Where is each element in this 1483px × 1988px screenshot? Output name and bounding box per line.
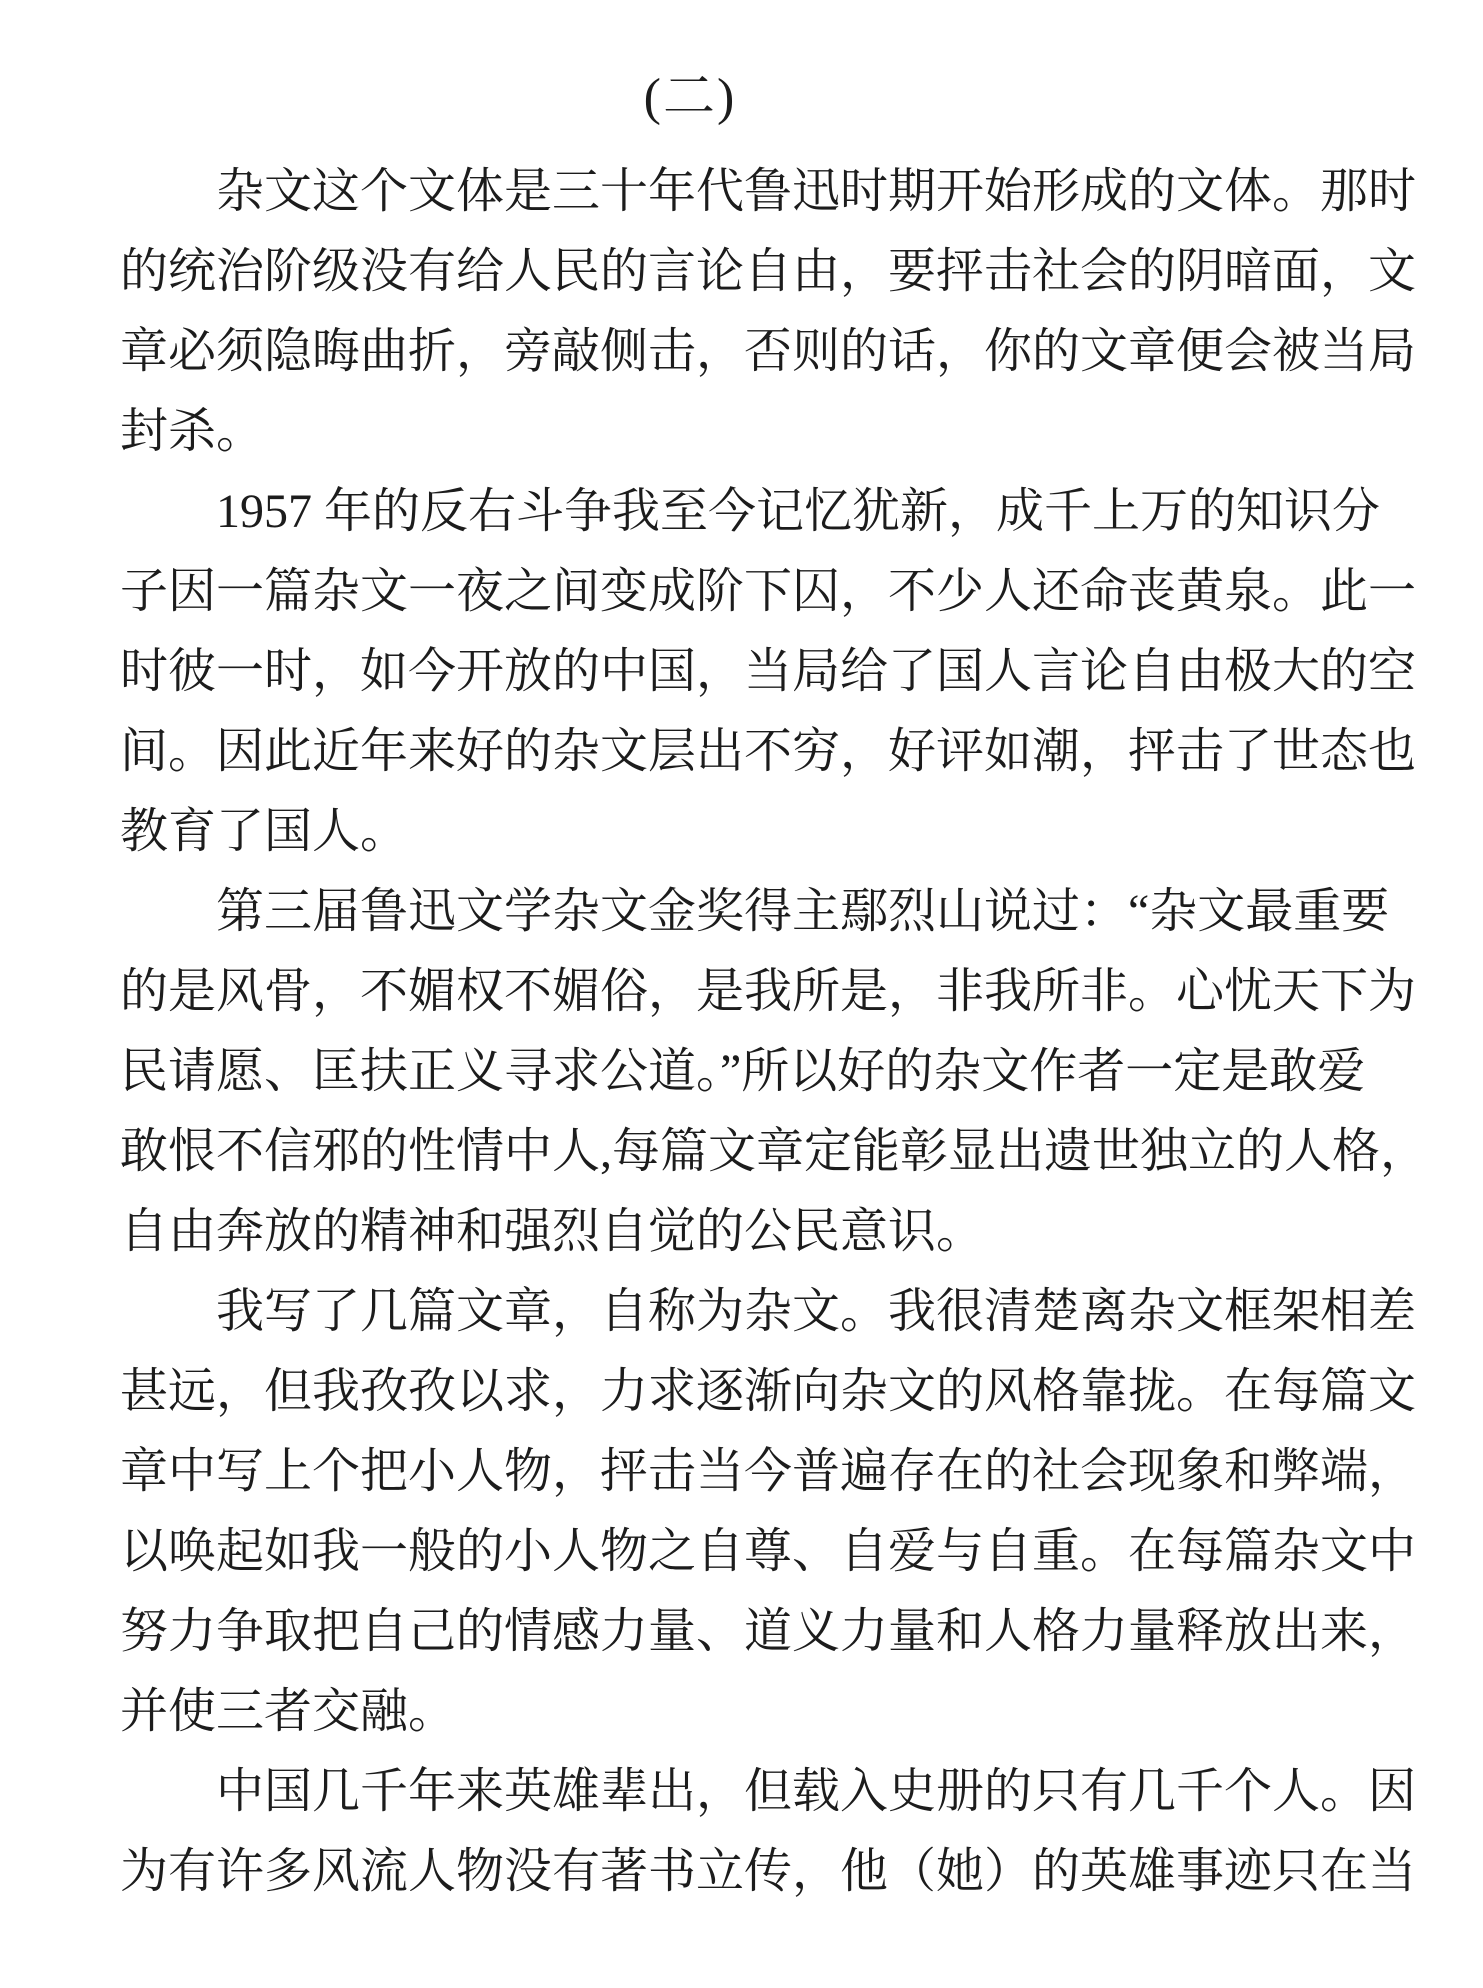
text-line: 间。因此近年来好的杂文层出不穷，好评如潮，抨击了世态也 <box>120 712 1260 792</box>
text-line: 章必须隐晦曲折，旁敲侧击，否则的话，你的文章便会被当局 <box>120 312 1260 392</box>
text-line: 我写了几篇文章，自称为杂文。我很清楚离杂文框架相差 <box>120 1272 1260 1352</box>
text-line: 杂文这个文体是三十年代鲁迅时期开始形成的文体。那时 <box>120 152 1260 232</box>
document-body: 杂文这个文体是三十年代鲁迅时期开始形成的文体。那时 的统治阶级没有给人民的言论自… <box>120 152 1260 1912</box>
text-line: 教育了国人。 <box>120 792 1260 872</box>
text-line: 第三届鲁迅文学杂文金奖得主鄢烈山说过：“杂文最重要 <box>120 872 1260 952</box>
text-line: 甚远，但我孜孜以求，力求逐渐向杂文的风格靠拢。在每篇文 <box>120 1352 1260 1432</box>
text-line: 敢恨不信邪的性情中人,每篇文章定能彰显出遗世独立的人格， <box>120 1112 1260 1192</box>
text-line: 以唤起如我一般的小人物之自尊、自爱与自重。在每篇杂文中 <box>120 1512 1260 1592</box>
text-line: 封杀。 <box>120 392 1260 472</box>
text-line: 为有许多风流人物没有著书立传，他（她）的英雄事迹只在当 <box>120 1832 1260 1912</box>
text-line: 民请愿、匡扶正义寻求公道。”所以好的杂文作者一定是敢爱 <box>120 1032 1260 1112</box>
text-line: 并使三者交融。 <box>120 1672 1260 1752</box>
text-line: 时彼一时，如今开放的中国，当局给了国人言论自由极大的空 <box>120 632 1260 712</box>
text-line: 中国几千年来英雄辈出，但载入史册的只有几千个人。因 <box>120 1752 1260 1832</box>
text-line: 的统治阶级没有给人民的言论自由，要抨击社会的阴暗面，文 <box>120 232 1260 312</box>
text-line: 自由奔放的精神和强烈自觉的公民意识。 <box>120 1192 1260 1272</box>
text-line: 章中写上个把小人物，抨击当今普遍存在的社会现象和弊端， <box>120 1432 1260 1512</box>
page-title: (二) <box>120 66 1260 130</box>
document-page: (二) 杂文这个文体是三十年代鲁迅时期开始形成的文体。那时 的统治阶级没有给人民… <box>0 0 1483 1988</box>
text-line: 1957 年的反右斗争我至今记忆犹新，成千上万的知识分 <box>120 472 1260 552</box>
text-line: 努力争取把自己的情感力量、道义力量和人格力量释放出来， <box>120 1592 1260 1672</box>
text-line: 的是风骨，不媚权不媚俗，是我所是，非我所非。心忧天下为 <box>120 952 1260 1032</box>
text-line: 子因一篇杂文一夜之间变成阶下囚，不少人还命丧黄泉。此一 <box>120 552 1260 632</box>
